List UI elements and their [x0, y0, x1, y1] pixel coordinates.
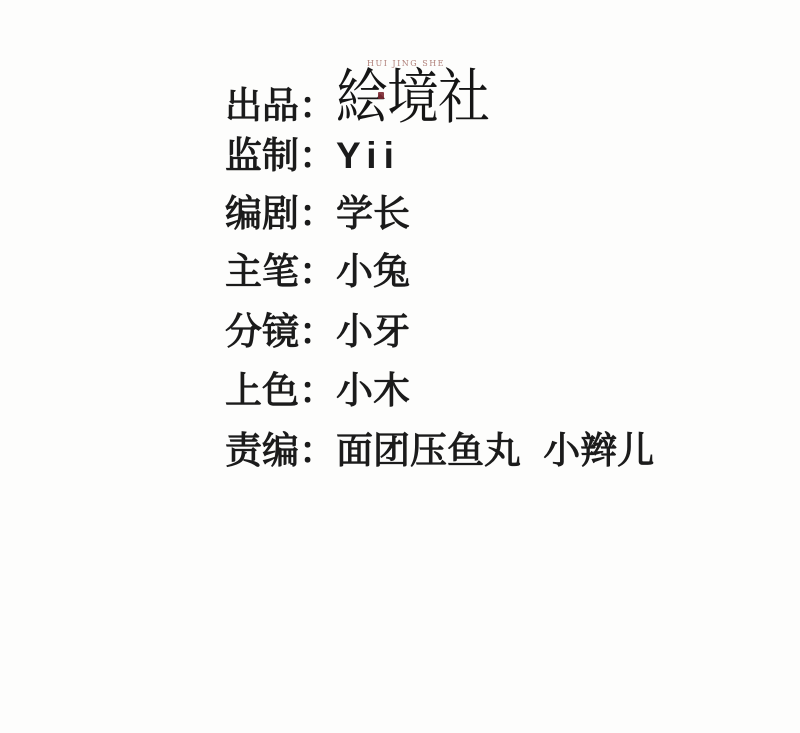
credit-value-lead-artist: 小兔	[336, 251, 410, 293]
credit-row-colorist: 上色： 小木	[225, 370, 410, 412]
studio-logo: 絵境社	[336, 69, 489, 127]
credit-label-lead-artist: 主笔：	[225, 251, 336, 293]
credit-row-supervisor: 监制： Yii	[225, 135, 401, 177]
logo-accent-dot-icon	[378, 92, 384, 99]
credit-row-storyboard: 分镜： 小牙	[225, 311, 410, 353]
credit-label-supervisor: 监制：	[225, 135, 336, 177]
credit-row-publisher: 出品： 絵境社	[225, 76, 489, 127]
credit-value-storyboard: 小牙	[336, 311, 410, 353]
studio-logo-romanization: HUI JING SHE	[367, 59, 445, 68]
comic-credits-page: 出品： 絵境社 HUI JING SHE 监制： Yii 编剧： 学长 主笔： …	[0, 0, 800, 733]
credit-label-storyboard: 分镜：	[225, 311, 336, 353]
credit-row-screenwriter: 编剧： 学长	[225, 193, 410, 235]
credit-value-screenwriter: 学长	[336, 193, 410, 235]
credit-row-lead-artist: 主笔： 小兔	[225, 251, 410, 293]
credit-label-colorist: 上色：	[225, 370, 336, 412]
credit-value-editor: 面团压鱼丸 小辫儿	[336, 430, 654, 472]
credit-label-publisher: 出品：	[225, 85, 336, 127]
credit-label-screenwriter: 编剧：	[225, 193, 336, 235]
credit-row-editor: 责编： 面团压鱼丸 小辫儿	[225, 430, 654, 472]
credit-value-colorist: 小木	[336, 370, 410, 412]
credit-value-supervisor: Yii	[336, 135, 401, 177]
credit-label-editor: 责编：	[225, 430, 336, 472]
